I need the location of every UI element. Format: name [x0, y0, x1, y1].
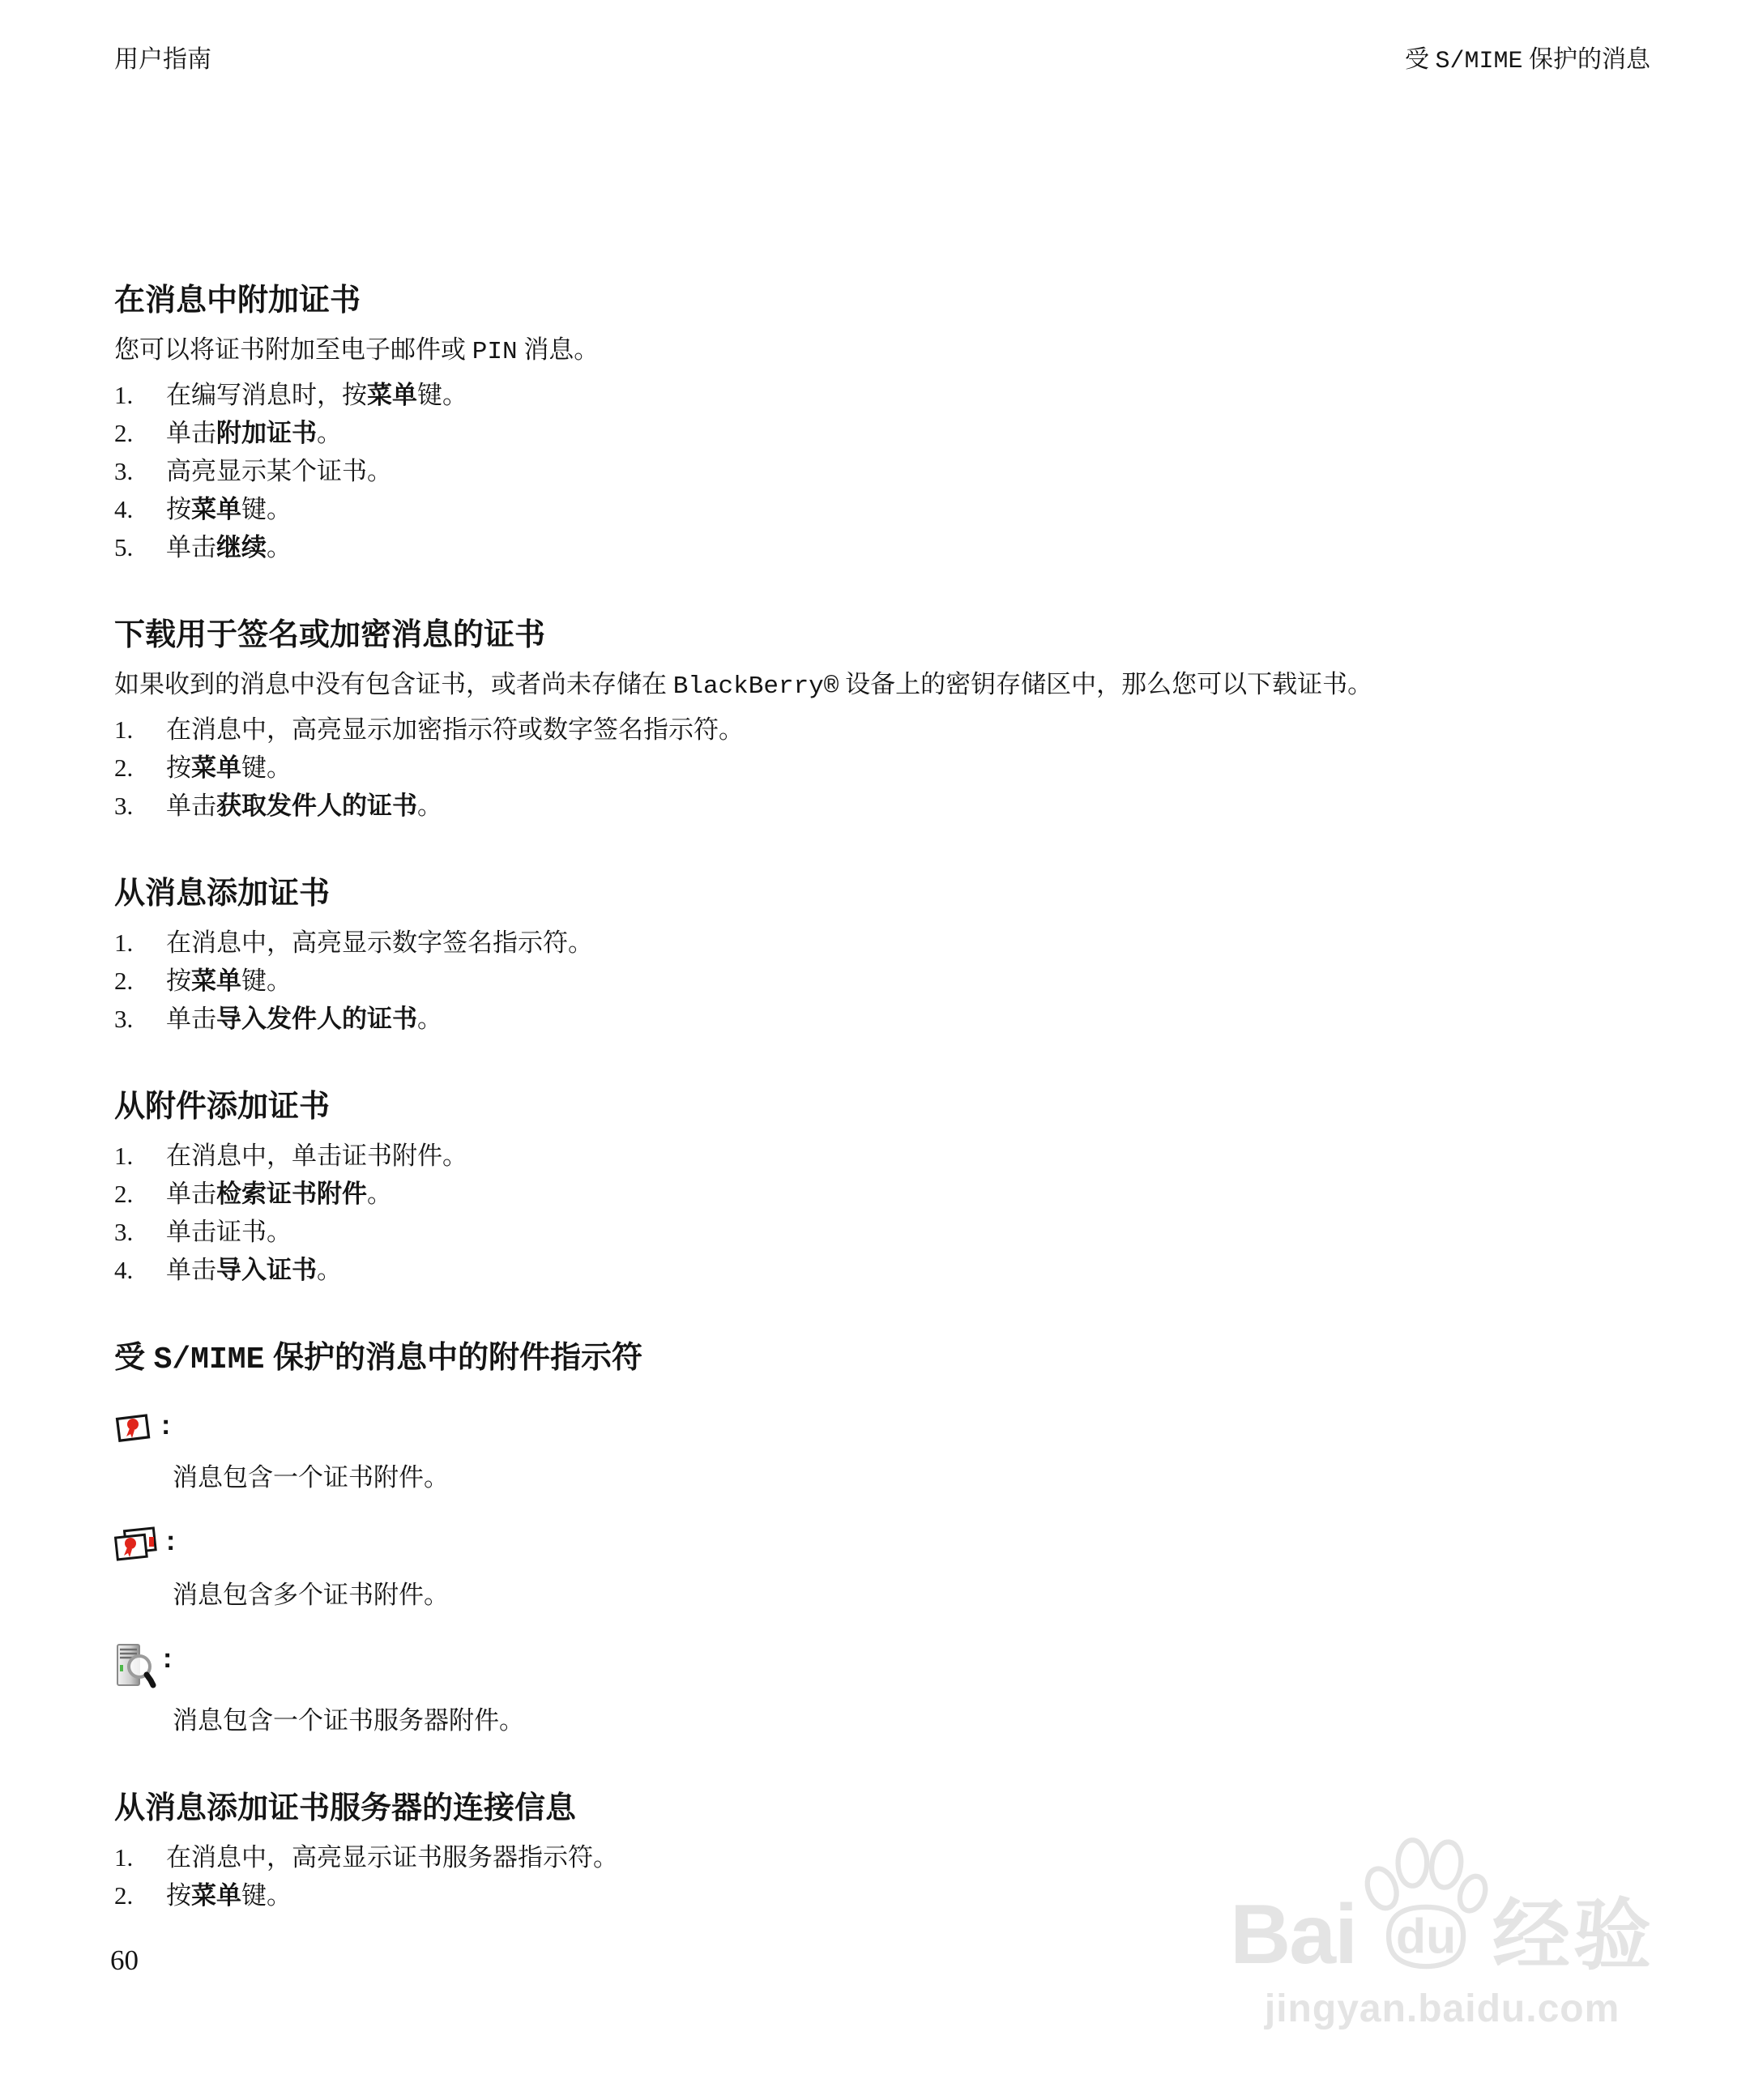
attachment-indicator: :消息包含多个证书附件。 [114, 1526, 1653, 1614]
step-item: 2.单击附加证书。 [114, 414, 1653, 452]
step-number: 3. [114, 452, 166, 490]
text-run: 您可以将证书附加至电子邮件或 [114, 335, 472, 364]
page-number: 60 [110, 1944, 139, 1977]
text-run: 。 [417, 792, 442, 820]
latin-run: PIN [472, 338, 518, 366]
text-run: 从消息添加证书服务器的连接信息 [114, 1791, 576, 1825]
text-run: 从附件添加证书 [114, 1090, 330, 1124]
indicator-colon: : [166, 1527, 175, 1555]
text-run: 键。 [241, 495, 292, 523]
section: 在消息中附加证书您可以将证书附加至电子邮件或 PIN 消息。1.在编写消息时，按… [114, 280, 1653, 566]
step-text: 按菜单键。 [166, 490, 1653, 528]
multiple-certificate-attachments-icon [114, 1526, 160, 1566]
step-number: 1. [114, 1838, 166, 1876]
text-run: 在编写消息时，按 [166, 381, 367, 409]
watermark-brand: Bai du 经验 [1230, 1836, 1654, 1983]
step-number: 1. [114, 711, 166, 749]
text-run: 如果收到的消息中没有包含证书，或者尚未存储在 [114, 670, 673, 698]
text-run: 单击 [166, 419, 216, 447]
section-title: 下载用于签名或加密消息的证书 [114, 615, 1653, 655]
text-run: 键。 [241, 967, 292, 995]
step-number: 2. [114, 962, 166, 1000]
step-text: 单击检索证书附件。 [166, 1175, 1653, 1213]
section-title: 从消息添加证书服务器的连接信息 [114, 1788, 1653, 1829]
step-item: 4.单击导入证书。 [114, 1251, 1653, 1289]
document-page: 用户指南 受 S/MIME 保护的消息 在消息中附加证书您可以将证书附加至电子邮… [0, 0, 1750, 2100]
bold-run: 附加证书 [216, 419, 317, 447]
indicator-icon-row: : [114, 1410, 1653, 1449]
watermark-url: jingyan.baidu.com [1230, 1987, 1654, 2031]
text-run: 单击 [166, 792, 216, 820]
section-title: 从消息添加证书 [114, 873, 1653, 914]
step-text: 单击获取发件人的证书。 [166, 787, 1653, 825]
sections: 在消息中附加证书您可以将证书附加至电子邮件或 PIN 消息。1.在编写消息时，按… [114, 280, 1653, 1963]
step-number: 3. [114, 1000, 166, 1038]
text-run: 在消息中，高亮显示数字签名指示符。 [166, 928, 593, 957]
baidu-jingyan-watermark: Bai du 经验 jingyan.baidu.com [1230, 1836, 1654, 2031]
bold-run: 菜单 [191, 1881, 241, 1910]
text-run: 单击 [166, 1180, 216, 1208]
header-left: 用户指南 [114, 45, 211, 76]
section: 从消息添加证书1.在消息中，高亮显示数字签名指示符。2.按菜单键。3.单击导入发… [114, 873, 1653, 1038]
text-run: 单击证书。 [166, 1218, 292, 1246]
step-number: 3. [114, 1213, 166, 1251]
attachment-indicator: :消息包含一个证书附件。 [114, 1410, 1653, 1496]
step-number: 2. [114, 749, 166, 787]
text-run: 下载用于签名或加密消息的证书 [114, 618, 545, 652]
step-text: 单击证书。 [166, 1213, 1653, 1251]
step-number: 4. [114, 1251, 166, 1289]
step-item: 2.单击检索证书附件。 [114, 1175, 1653, 1213]
step-text: 在消息中，高亮显示加密指示符或数字签名指示符。 [166, 711, 1653, 749]
step-item: 3.单击获取发件人的证书。 [114, 787, 1653, 825]
step-number: 2. [114, 1175, 166, 1213]
step-item: 2.按菜单键。 [114, 749, 1653, 787]
indicator-icon-row: : [114, 1526, 1653, 1566]
bold-run: 菜单 [367, 381, 417, 409]
text-run: 。 [267, 533, 292, 561]
text-run: 在消息中附加证书 [114, 284, 361, 318]
step-text: 按菜单键。 [166, 749, 1653, 787]
certificate-attachment-icon [114, 1410, 155, 1449]
text-run: 在消息中，高亮显示证书服务器指示符。 [166, 1843, 618, 1872]
bold-run: 菜单 [191, 495, 241, 523]
watermark-jingyan-text: 经验 [1492, 1897, 1654, 1983]
bold-run: 菜单 [191, 967, 241, 995]
section: 受 S/MIME 保护的消息中的附件指示符 :消息包含一个证书附件。 :消息包含… [114, 1338, 1653, 1739]
step-number: 2. [114, 414, 166, 452]
section-title: 从附件添加证书 [114, 1086, 1653, 1127]
step-number: 1. [114, 376, 166, 414]
indicator-colon: : [161, 1411, 170, 1439]
bold-run: 菜单 [191, 753, 241, 782]
certificate-server-attachment-icon [114, 1643, 156, 1692]
step-item: 1.在消息中，高亮显示加密指示符或数字签名指示符。 [114, 711, 1653, 749]
step-text: 按菜单键。 [166, 962, 1653, 1000]
indicator-label: 消息包含一个证书服务器附件。 [173, 1701, 1653, 1739]
step-number: 1. [114, 1137, 166, 1175]
text-run: 键。 [241, 753, 292, 782]
step-item: 4.按菜单键。 [114, 490, 1653, 528]
latin-run: S/MIME [154, 1342, 265, 1377]
section-intro: 您可以将证书附加至电子邮件或 PIN 消息。 [114, 331, 1653, 371]
text-run: 按 [166, 495, 191, 523]
step-text: 在编写消息时，按菜单键。 [166, 376, 1653, 414]
step-text: 单击导入证书。 [166, 1251, 1653, 1289]
step-text: 在消息中，高亮显示数字签名指示符。 [166, 924, 1653, 962]
step-text: 单击附加证书。 [166, 414, 1653, 452]
step-item: 1.在消息中，单击证书附件。 [114, 1137, 1653, 1175]
text-run: 。 [317, 1256, 342, 1284]
step-text: 在消息中，单击证书附件。 [166, 1137, 1653, 1175]
steps-list: 1.在编写消息时，按菜单键。2.单击附加证书。3.高亮显示某个证书。4.按菜单键… [114, 376, 1653, 566]
section: 下载用于签名或加密消息的证书如果收到的消息中没有包含证书，或者尚未存储在 Bla… [114, 615, 1653, 825]
text-run: 按 [166, 967, 191, 995]
text-run: 在消息中，单击证书附件。 [166, 1142, 467, 1170]
watermark-bai-text: Bai [1230, 1893, 1356, 1983]
baidu-paw-icon: du [1356, 1836, 1492, 1983]
latin-run: S/MIME [1435, 48, 1522, 75]
latin-run: BlackBerry® [673, 672, 839, 701]
bold-run: 获取发件人的证书 [216, 792, 417, 820]
section-title: 在消息中附加证书 [114, 280, 1653, 321]
step-item: 1.在编写消息时，按菜单键。 [114, 376, 1653, 414]
step-text: 单击导入发件人的证书。 [166, 1000, 1653, 1038]
step-item: 3.单击证书。 [114, 1213, 1653, 1251]
text-run: 键。 [241, 1881, 292, 1910]
steps-list: 1.在消息中，高亮显示加密指示符或数字签名指示符。2.按菜单键。3.单击获取发件… [114, 711, 1653, 825]
bold-run: 检索证书附件 [216, 1180, 367, 1208]
step-text: 单击继续。 [166, 528, 1653, 566]
bold-run: 导入发件人的证书 [216, 1005, 417, 1033]
bold-run: 导入证书 [216, 1256, 317, 1284]
text-run: 按 [166, 753, 191, 782]
text-run: 受 [1405, 46, 1436, 73]
steps-list: 1.在消息中，高亮显示数字签名指示符。2.按菜单键。3.单击导入发件人的证书。 [114, 924, 1653, 1038]
text-run: 。 [317, 419, 342, 447]
step-text: 高亮显示某个证书。 [166, 452, 1653, 490]
page-header: 用户指南 受 S/MIME 保护的消息 [114, 45, 1650, 76]
text-run: 设备上的密钥存储区中，那么您可以下载证书。 [839, 670, 1372, 698]
text-run: 从消息添加证书 [114, 877, 330, 911]
step-item: 2.按菜单键。 [114, 962, 1653, 1000]
text-run: 保护的消息中的附件指示符 [264, 1341, 642, 1375]
text-run: 单击 [166, 1005, 216, 1033]
step-item: 3.高亮显示某个证书。 [114, 452, 1653, 490]
step-number: 2. [114, 1876, 166, 1914]
step-number: 1. [114, 924, 166, 962]
bold-run: 继续 [216, 533, 267, 561]
text-run: 保护的消息 [1523, 46, 1651, 73]
indicator-label: 消息包含多个证书附件。 [173, 1576, 1653, 1614]
text-run: 受 [114, 1341, 154, 1375]
text-run: 在消息中，高亮显示加密指示符或数字签名指示符。 [166, 715, 744, 744]
step-item: 5.单击继续。 [114, 528, 1653, 566]
step-number: 5. [114, 528, 166, 566]
header-right: 受 S/MIME 保护的消息 [1405, 45, 1650, 76]
step-number: 3. [114, 787, 166, 825]
step-number: 4. [114, 490, 166, 528]
text-run: 。 [367, 1180, 392, 1208]
attachment-indicator: :消息包含一个证书服务器附件。 [114, 1643, 1653, 1739]
text-run: 键。 [417, 381, 467, 409]
indicator-label: 消息包含一个证书附件。 [173, 1458, 1653, 1496]
text-run: 。 [417, 1005, 442, 1033]
section-title: 受 S/MIME 保护的消息中的附件指示符 [114, 1338, 1653, 1381]
text-run: 高亮显示某个证书。 [166, 457, 392, 485]
text-run: 单击 [166, 1256, 216, 1284]
watermark-du-text: du [1396, 1908, 1456, 1963]
section: 从附件添加证书1.在消息中，单击证书附件。2.单击检索证书附件。3.单击证书。4… [114, 1086, 1653, 1289]
text-run: 按 [166, 1881, 191, 1910]
indicator-colon: : [163, 1645, 172, 1672]
step-item: 3.单击导入发件人的证书。 [114, 1000, 1653, 1038]
indicator-icon-row: : [114, 1643, 1653, 1692]
text-run: 消息。 [518, 335, 600, 364]
section-intro: 如果收到的消息中没有包含证书，或者尚未存储在 BlackBerry® 设备上的密… [114, 665, 1653, 706]
text-run: 单击 [166, 533, 216, 561]
steps-list: 1.在消息中，单击证书附件。2.单击检索证书附件。3.单击证书。4.单击导入证书… [114, 1137, 1653, 1289]
step-item: 1.在消息中，高亮显示数字签名指示符。 [114, 924, 1653, 962]
